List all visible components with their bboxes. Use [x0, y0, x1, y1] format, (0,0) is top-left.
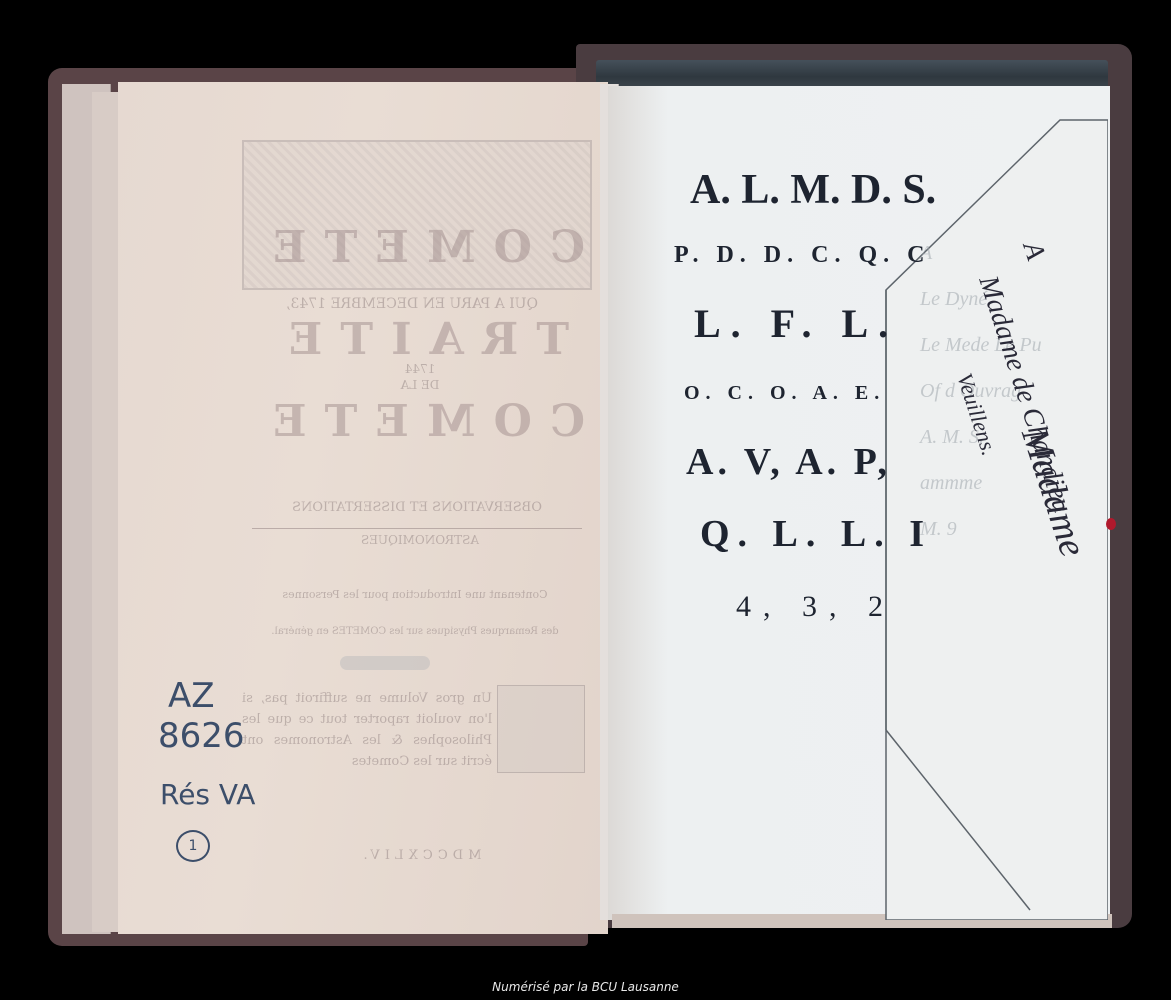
bleed-imprint-year: MDCCXLIV. — [250, 848, 590, 863]
bleed-observations: OBSERVATIONS ET DISSERTATIONS — [232, 500, 602, 515]
shelfmark-number: 8626 — [158, 716, 245, 756]
acrostic-line-4: O. C. O. A. E. — [684, 382, 885, 405]
red-wax-seal — [1106, 518, 1116, 530]
bleed-de-la: DE LA — [250, 378, 590, 392]
bleed-year: 1744 — [250, 362, 590, 376]
bleed-initial-box — [497, 685, 585, 773]
acrostic-line-2: P. D. D. C. Q. C — [674, 242, 930, 269]
acrostic-line-3: L. F. L. — [694, 300, 898, 347]
shelfmark-volume-circle: 1 — [176, 830, 210, 862]
acrostic-line-1: A. L. M. D. S. — [690, 166, 936, 214]
bleed-title-traite: TRAITE — [250, 314, 590, 365]
bleed-contenant: Contenant une Introduction pour les Pers… — [240, 588, 590, 601]
page-block-top-edge — [596, 60, 1108, 88]
shelfmark-res-va: Rés VA — [160, 778, 255, 811]
bleed-astronomiques: ASTRONOMIQUES — [250, 533, 590, 547]
shelfmark-az: AZ — [168, 676, 215, 716]
acrostic-line-5: A. V, A. P, — [686, 440, 891, 484]
digitization-caption: Numérisé par la BCU Lausanne — [0, 980, 1171, 994]
bleed-line-paru: QUI A PARU EN DECEMBRE 1743, — [232, 296, 592, 312]
bleed-remarques: des Remarques Physiques sur les COMETES … — [240, 626, 590, 637]
bleed-body-text: Un gros Volume ne suffiroit pas, si l'on… — [242, 688, 492, 772]
bleed-ornament — [340, 656, 430, 670]
bleed-title-comete-2: COMETE — [250, 396, 590, 447]
bleed-divider — [252, 528, 582, 529]
acrostic-line-7: 4, 3, 2 — [736, 590, 895, 624]
bleed-title-comete: COMETE — [250, 222, 590, 273]
acrostic-line-6: Q. L. L. I — [700, 512, 932, 556]
